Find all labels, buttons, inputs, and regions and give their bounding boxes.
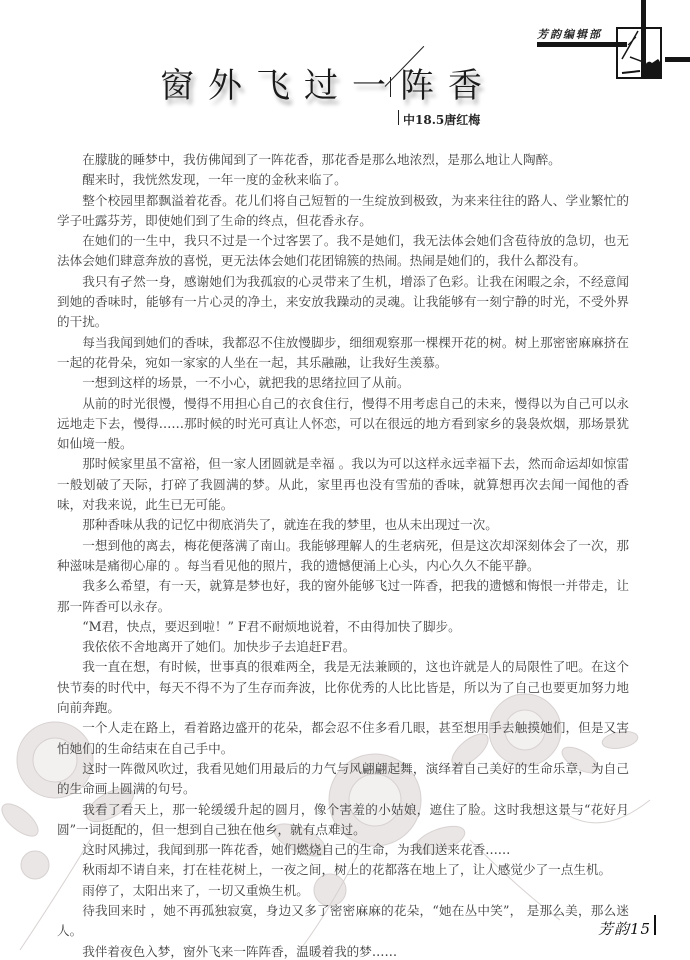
paragraph: 一想到这样的场景，一不小心，就把我的思绪拉回了从前。 <box>57 373 629 393</box>
magazine-name: 芳韵 <box>598 920 630 938</box>
paragraph: 秋雨却不请自来，打在桂花树上，一夜之间，树上的花都落在地上了，让人感觉少了一点生… <box>57 860 629 880</box>
paragraph: 我只有孑然一身，感谢她们为我孤寂的心灵带来了生机，增添了色彩。让我在闲暇之余，不… <box>57 272 629 333</box>
paragraph: 这时风拂过，我闻到那一阵花香，她们燃烧自己的生命，为我们送来花香…… <box>57 840 629 860</box>
paragraph: 从前的时光很慢，慢得不用担心自己的衣食住行，慢得不用考虑自己的未来，慢得以为自己… <box>57 394 629 455</box>
paragraph: 我一直在想，有时候，世事真的很难两全，我是无法兼顾的，这也许就是人的局限性了吧。… <box>57 657 629 718</box>
paragraph: 一个人走在路上，看着路边盛开的花朵，都会忍不住多看几眼，甚至想用手去触摸她们，但… <box>57 718 629 759</box>
paragraph: 雨停了，太阳出来了，一切又重焕生机。 <box>57 881 629 901</box>
paragraph: 整个校园里都飘溢着花香。花儿们将自己短暂的一生绽放到极致，为来来往往的路人、学业… <box>57 191 629 232</box>
paragraph: 醒来时，我恍然发现，一年一度的金秋来临了。 <box>57 170 629 190</box>
paragraph: 我伴着夜色入梦，窗外飞来一阵阵香，温暖着我的梦…… <box>57 942 629 960</box>
paragraph: 一想到他的离去，梅花便落满了南山。我能够理解人的生老病死，但是这次却深刻体会了一… <box>57 536 629 577</box>
page-number: 15 <box>630 920 651 938</box>
article-byline: 中18.5唐红梅 <box>403 111 480 128</box>
footer-rule <box>654 915 656 935</box>
paragraph: 那时候家里虽不富裕，但一家人团圆就是幸福 。我以为可以这样永远幸福下去，然而命运… <box>57 454 629 515</box>
byline-divider <box>398 110 399 125</box>
paragraph: 待我回来时 ，她不再孤独寂寞，身边又多了密密麻麻的花朵，“她在丛中笑”， 是那么… <box>57 901 629 942</box>
paragraph: 我依依不舍地离开了她们。加快步子去追赶F君。 <box>57 637 629 657</box>
paragraph: 我多么希望，有一天，就算是梦也好，我的窗外能够飞过一阵香，把我的遗憾和悔恨一并带… <box>57 576 629 617</box>
paragraph: 那种香味从我的记忆中彻底消失了，就连在我的梦里，也从未出现过一次。 <box>57 515 629 535</box>
section-label: 芳韵编辑部 <box>537 26 602 42</box>
article-title: 窗外飞过一阵香 <box>160 58 496 107</box>
header-rule-right <box>665 57 690 62</box>
page-footer: 芳韵15 <box>598 918 651 939</box>
paragraph: 这时一阵微风吹过，我看见她们用最后的力气与风翩翩起舞，演绎着自己美好的生命乐章，… <box>57 759 629 800</box>
paragraph: 在她们的一生中，我只不过是一个过客罢了。我不是她们，我无法体会她们含苞待放的急切… <box>57 231 629 272</box>
paragraph: 每当我闻到她们的香味，我都忍不住放慢脚步，细细观察那一棵棵开花的树。树上那密密麻… <box>57 333 629 374</box>
paragraph: “M君，快点，要迟到啦！” F君不耐烦地说着，不由得加快了脚步。 <box>57 617 629 637</box>
article-body: 在朦胧的睡梦中，我仿佛闻到了一阵花香，那花香是那么地浓烈，是那么地让人陶醉。 醒… <box>57 150 629 960</box>
paragraph: 我看了看天上，那一轮缓缓升起的圆月，像个害羞的小姑娘，遮住了脸。这时我想这景与“… <box>57 800 629 841</box>
bamboo-window-icon <box>616 27 662 79</box>
paragraph: 在朦胧的睡梦中，我仿佛闻到了一阵花香，那花香是那么地浓烈，是那么地让人陶醉。 <box>57 150 629 170</box>
header-rule <box>537 42 627 47</box>
